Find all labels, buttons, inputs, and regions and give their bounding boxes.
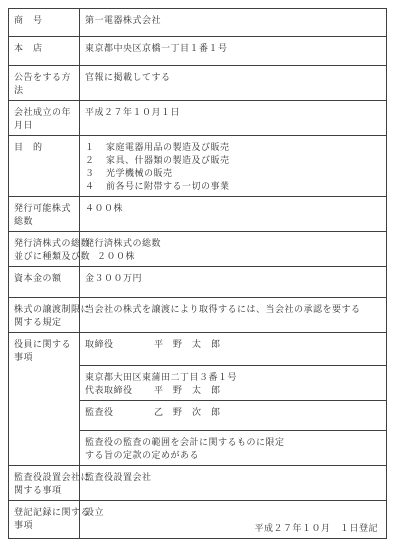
label-incorporation-date: 会社成立の年月日 [9, 101, 80, 136]
value-head-office: 東京都中央区京橋一丁目１番１号 [80, 37, 387, 66]
label-line: 発行済株式の総数 [14, 237, 75, 250]
value-auditor-company-matters: 監査役設置会社 [80, 466, 387, 501]
label-trade-name: 商 号 [9, 9, 80, 37]
officer-entry-auditor: 監査役乙 野 次 郎 [80, 401, 387, 431]
label-share-transfer-restriction: 株式の譲渡制限に 関する規定 [9, 298, 80, 333]
table-row: 発行可能株式総数 ４００株 [9, 197, 387, 232]
label-authorized-shares: 発行可能株式総数 [9, 197, 80, 232]
establishment-text: 設立 [85, 506, 382, 519]
label-officers: 役員に関する事項 [9, 333, 80, 466]
table-row: 役員に関する事項 取締役平 野 太 郎 [9, 333, 387, 366]
label-capital-amount: 資本金の額 [9, 267, 80, 298]
officer-entry-representative-director: 東京都大田区東蒲田二丁目３番１号 代表取締役平 野 太 郎 [80, 366, 387, 401]
label-line: 株式の譲渡制限に [14, 303, 75, 316]
registration-date: 平成２７年１０月 １日登記 [85, 522, 382, 535]
table-row: 発行済株式の総数 並びに種類及び数 発行済株式の総数 ２００株 [9, 232, 387, 267]
label-line: 関する規定 [14, 316, 75, 329]
issued-shares-count: ２００株 [85, 250, 382, 263]
purpose-item-number: １ [85, 141, 106, 154]
value-capital-amount: 金３００万円 [80, 267, 387, 298]
officer-line: 代表取締役平 野 太 郎 [85, 384, 382, 397]
purpose-item-text: 光学機械の販売 [106, 168, 173, 178]
value-registration-record-matters: 設立 平成２７年１０月 １日登記 [80, 501, 387, 539]
audit-scope-note-line: する旨の定款の定めがある [85, 449, 382, 462]
table-row: 公告をする方法 官報に掲載してする [9, 66, 387, 101]
table-row: 登記記録に関する 事項 設立 平成２７年１０月 １日登記 [9, 501, 387, 539]
table-row: 資本金の額 金３００万円 [9, 267, 387, 298]
label-auditor-company-matters: 監査役設置会社に 関する事項 [9, 466, 80, 501]
table-row: 会社成立の年月日 平成２７年１０月１日 [9, 101, 387, 136]
audit-scope-note-line: 監査役の監査の範囲を会計に関するものに限定 [85, 436, 382, 449]
table-row: 本 店 東京都中央区京橋一丁目１番１号 [9, 37, 387, 66]
officer-entry-audit-scope-note: 監査役の監査の範囲を会計に関するものに限定 する旨の定款の定めがある [80, 431, 387, 466]
table-row: 監査役設置会社に 関する事項 監査役設置会社 [9, 466, 387, 501]
table-row: 商 号 第一電器株式会社 [9, 9, 387, 37]
officer-address: 東京都大田区東蒲田二丁目３番１号 [85, 371, 382, 384]
value-authorized-shares: ４００株 [80, 197, 387, 232]
value-business-purpose: １家庭電器用品の製造及び販売 ２家具、什器類の製造及び販売 ３光学機械の販売 ４… [80, 136, 387, 197]
registry-document-page: 商 号 第一電器株式会社 本 店 東京都中央区京橋一丁目１番１号 公告をする方法… [0, 0, 394, 500]
value-incorporation-date: 平成２７年１０月１日 [80, 101, 387, 136]
purpose-item: ３光学機械の販売 [85, 167, 382, 180]
value-share-transfer-restriction: 当会社の株式を譲渡により取得するには、当会社の承認を要する [80, 298, 387, 333]
purpose-item-text: 家具、什器類の製造及び販売 [106, 155, 230, 165]
purpose-item: １家庭電器用品の製造及び販売 [85, 141, 382, 154]
label-issued-shares: 発行済株式の総数 並びに種類及び数 [9, 232, 80, 267]
label-line: 事項 [14, 519, 75, 532]
purpose-item: ２家具、什器類の製造及び販売 [85, 154, 382, 167]
officer-title: 代表取締役 [85, 384, 154, 397]
label-head-office: 本 店 [9, 37, 80, 66]
officer-title: 取締役 [85, 338, 154, 351]
label-line: 並びに種類及び数 [14, 250, 75, 263]
value-public-notice-method: 官報に掲載してする [80, 66, 387, 101]
purpose-item-number: ２ [85, 154, 106, 167]
officer-name: 平 野 太 郎 [154, 339, 221, 349]
officer-entry-director: 取締役平 野 太 郎 [80, 333, 387, 366]
issued-shares-heading: 発行済株式の総数 [85, 237, 382, 250]
table-row: 株式の譲渡制限に 関する規定 当会社の株式を譲渡により取得するには、当会社の承認… [9, 298, 387, 333]
officer-line: 監査役乙 野 次 郎 [85, 406, 382, 419]
label-line: 関する事項 [14, 484, 75, 497]
label-line: 登記記録に関する [14, 506, 75, 519]
purpose-item-number: ４ [85, 180, 106, 193]
officer-name: 乙 野 次 郎 [154, 407, 221, 417]
value-trade-name: 第一電器株式会社 [80, 9, 387, 37]
table-row: 目 的 １家庭電器用品の製造及び販売 ２家具、什器類の製造及び販売 ３光学機械の… [9, 136, 387, 197]
purpose-item-number: ３ [85, 167, 106, 180]
officer-title: 監査役 [85, 406, 154, 419]
label-line: 監査役設置会社に [14, 471, 75, 484]
officer-line: 取締役平 野 太 郎 [85, 338, 382, 351]
purpose-item-text: 家庭電器用品の製造及び販売 [106, 142, 230, 152]
officer-name: 平 野 太 郎 [154, 385, 221, 395]
company-registry-table: 商 号 第一電器株式会社 本 店 東京都中央区京橋一丁目１番１号 公告をする方法… [8, 8, 387, 539]
purpose-item-text: 前各号に附帯する一切の事業 [106, 181, 230, 191]
purpose-item: ４前各号に附帯する一切の事業 [85, 180, 382, 193]
label-registration-record-matters: 登記記録に関する 事項 [9, 501, 80, 539]
label-public-notice-method: 公告をする方法 [9, 66, 80, 101]
label-business-purpose: 目 的 [9, 136, 80, 197]
value-issued-shares: 発行済株式の総数 ２００株 [80, 232, 387, 267]
